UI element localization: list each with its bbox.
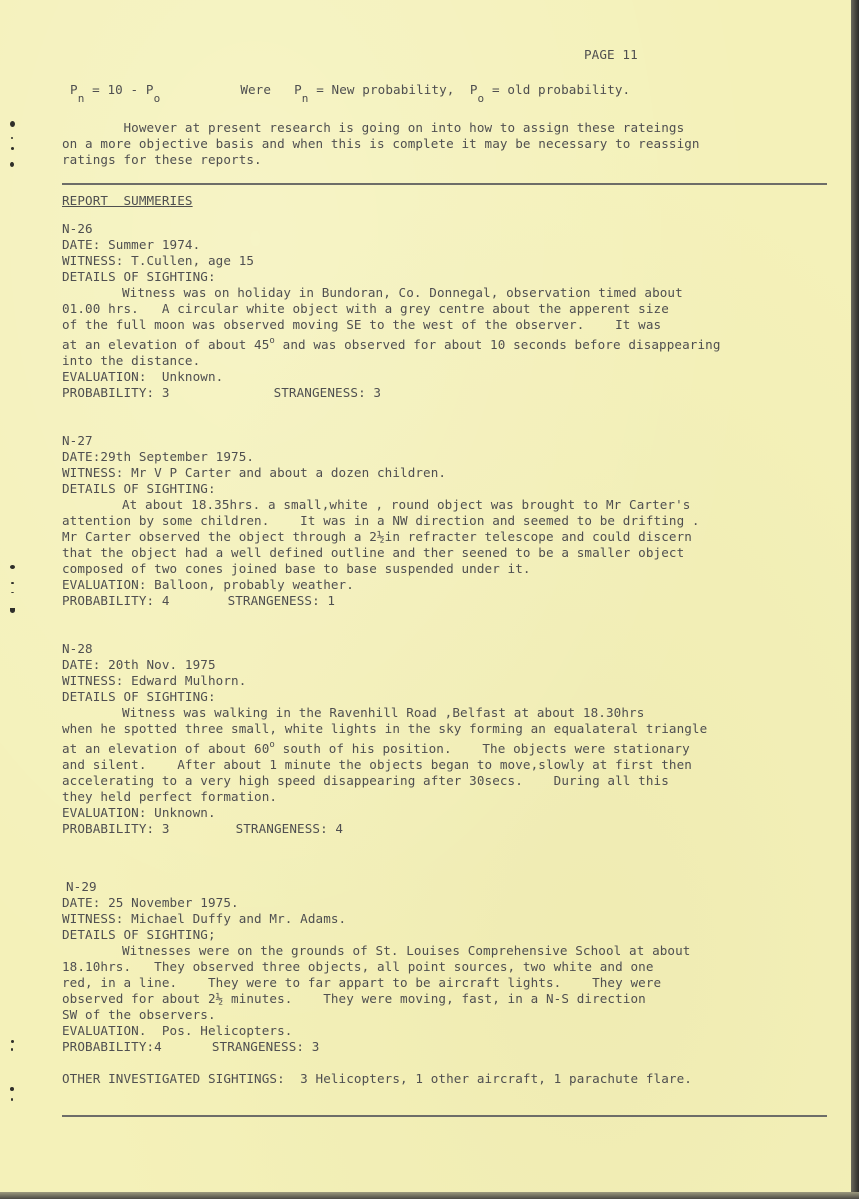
probability-rating: PROBABILITY:4 xyxy=(62,1039,162,1054)
details-fragment: at an elevation of about 60 xyxy=(62,741,269,756)
punch-mark xyxy=(11,582,14,584)
report-details-line: when he spotted three small, white light… xyxy=(62,721,707,737)
report-details-line: at an elevation of about 60o south of hi… xyxy=(62,737,707,757)
report-details-line: Witnesses were on the grounds of St. Lou… xyxy=(62,943,690,959)
formula-symbol: P xyxy=(70,82,78,97)
report-details-line: observed for about 2½ minutes. They were… xyxy=(62,991,690,1007)
report-n28: N-28 DATE: 20th Nov. 1975 WITNESS: Edwar… xyxy=(62,641,707,837)
punch-mark xyxy=(11,1098,13,1101)
formula-definition: = New probability, xyxy=(309,82,455,97)
report-date: DATE: Summer 1974. xyxy=(62,237,721,253)
details-fragment: south of his position. The objects were … xyxy=(275,741,690,756)
intro-paragraph: However at present research is going on … xyxy=(62,120,700,168)
report-details-line: composed of two cones joined base to bas… xyxy=(62,561,700,577)
strangeness-rating: STRANGENESS: 3 xyxy=(274,385,382,400)
report-details-line: At about 18.35hrs. a small,white , round… xyxy=(62,497,700,513)
probability-rating: PROBABILITY: 4 xyxy=(62,593,170,608)
report-evaluation: EVALUATION: Unknown. xyxy=(62,369,721,385)
details-fragment: and was observed for about 10 seconds be… xyxy=(275,337,721,352)
paragraph-line: on a more objective basis and when this … xyxy=(62,136,700,152)
report-details-line: Mr Carter observed the object through a … xyxy=(62,529,700,545)
punch-mark xyxy=(10,162,14,167)
formula-where-label: Were xyxy=(240,82,271,97)
report-ratings: PROBABILITY: 3STRANGENESS: 3 xyxy=(62,385,721,401)
report-n26: N-26 DATE: Summer 1974. WITNESS: T.Culle… xyxy=(62,221,721,401)
document-page: PAGE 11 Pn = 10 - PoWere Pn = New probab… xyxy=(0,0,851,1192)
strangeness-rating: STRANGENESS: 3 xyxy=(212,1039,320,1054)
paragraph-line: ratings for these reports. xyxy=(62,152,700,168)
report-date: DATE:29th September 1975. xyxy=(62,449,700,465)
punch-mark xyxy=(11,592,14,593)
report-details-line: accelerating to a very high speed disapp… xyxy=(62,773,707,789)
report-id: N-27 xyxy=(62,433,700,449)
formula-subscript: o xyxy=(478,92,485,105)
formula-subscript: o xyxy=(154,92,161,105)
punch-mark xyxy=(11,147,14,150)
punch-mark xyxy=(11,137,13,139)
report-details-label: DETAILS OF SIGHTING; xyxy=(62,927,690,943)
report-details-line: at an elevation of about 45o and was obs… xyxy=(62,333,721,353)
formula-expression: = 10 - xyxy=(84,82,145,97)
scan-edge-bottom xyxy=(0,1192,859,1199)
probability-rating: PROBABILITY: 3 xyxy=(62,821,170,836)
report-id: N-29 xyxy=(62,879,690,895)
report-details-line: into the distance. xyxy=(62,353,721,369)
report-witness: WITNESS: Michael Duffy and Mr. Adams. xyxy=(62,911,690,927)
formula-symbol: P xyxy=(146,82,154,97)
report-details-line: SW of the observers. xyxy=(62,1007,690,1023)
report-details-line: Witness was on holiday in Bundoran, Co. … xyxy=(62,285,721,301)
formula-subscript: n xyxy=(302,92,309,105)
report-witness: WITNESS: T.Cullen, age 15 xyxy=(62,253,721,269)
punch-mark xyxy=(10,1087,14,1091)
formula-definition: = old probability. xyxy=(484,82,630,97)
strangeness-rating: STRANGENESS: 4 xyxy=(236,821,344,836)
page-number: PAGE 11 xyxy=(584,47,638,63)
report-n29: N-29 DATE: 25 November 1975. WITNESS: Mi… xyxy=(62,879,690,1055)
report-witness: WITNESS: Mr V P Carter and about a dozen… xyxy=(62,465,700,481)
report-ratings: PROBABILITY: 4STRANGENESS: 1 xyxy=(62,593,700,609)
report-evaluation: EVALUATION: Balloon, probably weather. xyxy=(62,577,700,593)
horizontal-rule xyxy=(62,1115,827,1117)
report-details-line: that the object had a well defined outli… xyxy=(62,545,700,561)
scan-edge-right xyxy=(851,0,859,1199)
formula-symbol: P xyxy=(470,82,478,97)
report-ratings: PROBABILITY: 3STRANGENESS: 4 xyxy=(62,821,707,837)
report-evaluation: EVALUATION: Unknown. xyxy=(62,805,707,821)
formula-subscript: n xyxy=(78,92,85,105)
report-details-label: DETAILS OF SIGHTING: xyxy=(62,269,721,285)
report-details-line: and silent. After about 1 minute the obj… xyxy=(62,757,707,773)
report-date: DATE: 20th Nov. 1975 xyxy=(62,657,707,673)
punch-mark xyxy=(11,1048,13,1051)
formula-symbol: P xyxy=(294,82,302,97)
punch-mark xyxy=(11,1040,14,1043)
other-sightings: OTHER INVESTIGATED SIGHTINGS: 3 Helicopt… xyxy=(62,1071,692,1087)
paragraph-line: However at present research is going on … xyxy=(62,120,700,136)
horizontal-rule xyxy=(62,183,827,185)
report-ratings: PROBABILITY:4STRANGENESS: 3 xyxy=(62,1039,690,1055)
report-details-line: red, in a line. They were to far appart … xyxy=(62,975,690,991)
report-details-label: DETAILS OF SIGHTING: xyxy=(62,481,700,497)
report-details-line: 18.10hrs. They observed three objects, a… xyxy=(62,959,690,975)
report-details-line: of the full moon was observed moving SE … xyxy=(62,317,721,333)
report-date: DATE: 25 November 1975. xyxy=(62,895,690,911)
punch-mark xyxy=(10,121,15,127)
report-details-line: 01.00 hrs. A circular white object with … xyxy=(62,301,721,317)
punch-mark xyxy=(10,565,15,569)
details-fragment: at an elevation of about 45 xyxy=(62,337,269,352)
section-heading: REPORT SUMMERIES xyxy=(62,193,193,209)
report-details-label: DETAILS OF SIGHTING: xyxy=(62,689,707,705)
report-evaluation: EVALUATION. Pos. Helicopters. xyxy=(62,1023,690,1039)
report-witness: WITNESS: Edward Mulhorn. xyxy=(62,673,707,689)
probability-formula: Pn = 10 - PoWere Pn = New probability, P… xyxy=(70,82,630,99)
strangeness-rating: STRANGENESS: 1 xyxy=(228,593,336,608)
report-n27: N-27 DATE:29th September 1975. WITNESS: … xyxy=(62,433,700,609)
report-details-line: they held perfect formation. xyxy=(62,789,707,805)
punch-mark xyxy=(10,608,15,613)
probability-rating: PROBABILITY: 3 xyxy=(62,385,170,400)
report-id: N-26 xyxy=(62,221,721,237)
report-details-line: attention by some children. It was in a … xyxy=(62,513,700,529)
report-details-line: Witness was walking in the Ravenhill Roa… xyxy=(62,705,707,721)
report-id: N-28 xyxy=(62,641,707,657)
